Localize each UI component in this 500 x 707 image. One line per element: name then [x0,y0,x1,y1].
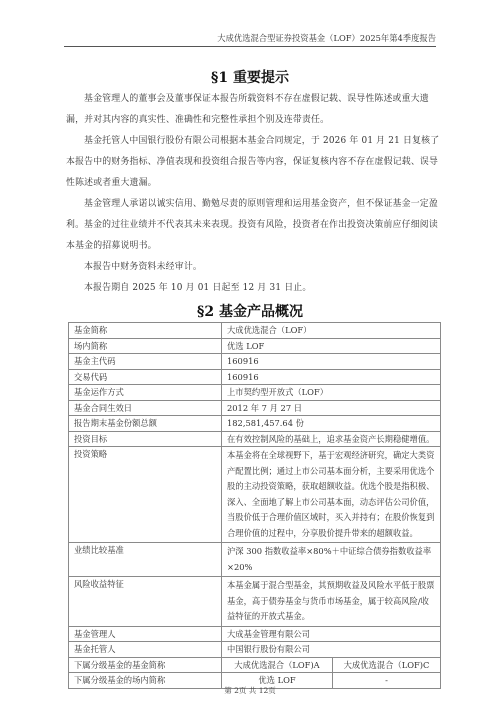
paragraph-6: 本报告期自 2025 年 10 月 01 日起至 12 月 31 日止。 [66,278,444,299]
table-row: 风险收益特征本基金属于混合型基金，其预期收益及风险水平低于股票基金，高于债券基金… [69,577,441,627]
table-row: 交易代码160916 [69,369,441,385]
row-value: 160916 [222,354,441,370]
row-value: 2012 年 7 月 27 日 [222,400,441,416]
row-value: 中国银行股份有限公司 [222,642,441,658]
header-rule [64,46,436,47]
table-row: 投资目标在有效控制风险的基础上，追求基金资产长期稳健增值。 [69,431,441,447]
row-label: 报告期末基金份额总额 [69,416,222,432]
paragraph-1-text: 基金管理人的董事会及董事保证本报告所载资料不存在虚假记载、误导性陈述或重大遗漏，… [66,94,429,125]
row-value: 优选 LOF [222,338,441,354]
class-a-value: 大成优选混合（LOF)A [222,657,333,673]
table-row: 基金托管人中国银行股份有限公司 [69,642,441,658]
class-c-value: 大成优选混合（LOF)C [333,657,441,673]
row-label: 基金运作方式 [69,385,222,401]
row-label: 业绩比较基准 [69,543,222,577]
row-value: 本基金将在全球视野下，基于宏观经济研究，确定大类资产配置比例；通过上市公司基本面… [222,447,441,543]
row-label: 投资策略 [69,447,222,543]
table-row: 基金主代码160916 [69,354,441,370]
table-row: 投资策略本基金将在全球视野下，基于宏观经济研究，确定大类资产配置比例；通过上市公… [69,447,441,543]
table-row: 场内简称优选 LOF [69,338,441,354]
paragraph-4-text: 基金的过往业绩并不代表其未来表现。投资有风险，投资者在作出投资决策前应仔细阅读本… [66,220,438,251]
paragraph-2-text: 基金托管人中国银行股份有限公司根据本基金合同规定，于 2026 年 01 月 2… [66,136,439,188]
table-row: 报告期末基金份额总额182,581,457.64 份 [69,416,441,432]
row-label: 基金托管人 [69,642,222,658]
table-row: 基金合同生效日2012 年 7 月 27 日 [69,400,441,416]
row-value: 在有效控制风险的基础上，追求基金资产长期稳健增值。 [222,431,441,447]
paragraph-5-text: 本报告中财务资料未经审计。 [84,262,202,272]
table-row: 基金管理人大成基金管理有限公司 [69,626,441,642]
row-label: 基金主代码 [69,354,222,370]
row-value: 大成优选混合（LOF） [222,323,441,339]
row-value: 上市契约型开放式（LOF） [222,385,441,401]
table-row: 基金简称大成优选混合（LOF） [69,323,441,339]
paragraph-2: 基金托管人中国银行股份有限公司根据本基金合同规定，于 2026 年 01 月 2… [66,131,444,194]
section2-title: §2 基金产品概况 [0,301,500,321]
row-value: 大成基金管理有限公司 [222,626,441,642]
table-row: 基金运作方式上市契约型开放式（LOF） [69,385,441,401]
row-label: 风险收益特征 [69,577,222,627]
row-label: 下属分级基金的基金简称 [69,657,222,673]
table-row: 下属分级基金的基金简称大成优选混合（LOF)A大成优选混合（LOF)C [69,657,441,673]
row-label: 基金简称 [69,323,222,339]
section1-title: §1 重要提示 [0,67,500,87]
row-value: 本基金属于混合型基金，其预期收益及风险水平低于股票基金，高于债券基金与货币市场基… [222,577,441,627]
row-value: 160916 [222,369,441,385]
row-label: 交易代码 [69,369,222,385]
paragraph-5: 本报告中财务资料未经审计。 [66,257,444,278]
paragraph-4: 基金的过往业绩并不代表其未来表现。投资有风险，投资者在作出投资决策前应仔细阅读本… [66,215,444,257]
running-header: 大成优选混合型证券投资基金（LOF）2025年第4季度报告 [64,32,436,44]
page-indicator: 第 2页 共 12页 [0,685,500,696]
table-row: 业绩比较基准沪深 300 指数收益率×80%＋中证综合债券指数收益率×20% [69,543,441,577]
row-label: 场内简称 [69,338,222,354]
paragraph-6-text: 本报告期自 2025 年 10 月 01 日起至 12 月 31 日止。 [84,283,311,293]
row-label: 基金合同生效日 [69,400,222,416]
row-value: 182,581,457.64 份 [222,416,441,432]
row-value: 沪深 300 指数收益率×80%＋中证综合债券指数收益率×20% [222,543,441,577]
row-label: 基金管理人 [69,626,222,642]
fund-overview-table: 基金简称大成优选混合（LOF） 场内简称优选 LOF 基金主代码160916 交… [68,322,441,689]
paragraph-1: 基金管理人的董事会及董事保证本报告所载资料不存在虚假记载、误导性陈述或重大遗漏，… [66,89,444,131]
row-label: 投资目标 [69,431,222,447]
